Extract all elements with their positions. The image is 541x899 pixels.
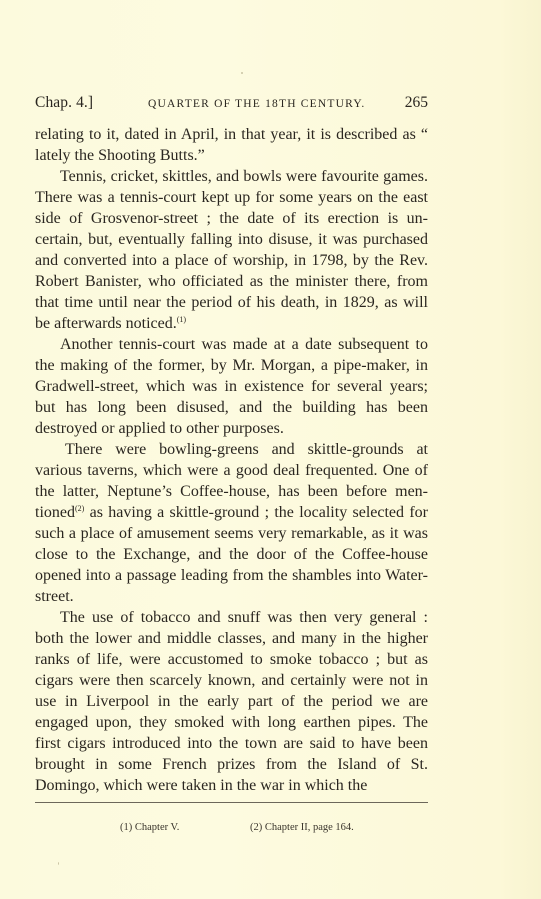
footnote-reference[interactable]: (1) xyxy=(177,315,186,324)
paragraph: The use of tobacco and snuff was then ve… xyxy=(35,607,428,796)
paragraph-text: The use of tobacco and snuff was then ve… xyxy=(35,609,428,794)
paragraph: relating to it, dated in April, in that … xyxy=(35,124,428,166)
footnote-reference[interactable]: (2) xyxy=(75,504,84,513)
paper-speck xyxy=(58,862,59,865)
footnote-2: (2) Chapter II, page 164. xyxy=(250,820,354,836)
running-title: Quarter of the 18th Century. xyxy=(148,93,365,115)
paragraph: There were bowling-greens and skittle-gr… xyxy=(35,439,428,607)
footnote-divider xyxy=(35,802,428,803)
paragraph: Tennis, cricket, skittles, and bowls wer… xyxy=(35,166,428,334)
book-page: Chap. 4.] Quarter of the 18th Century. 2… xyxy=(0,0,541,899)
paragraph-text: relating to it, dated in April, in that … xyxy=(35,126,428,164)
chapter-label: Chap. 4.] xyxy=(35,92,93,114)
running-header: Chap. 4.] Quarter of the 18th Century. 2… xyxy=(35,92,428,114)
body-text: relating to it, dated in April, in that … xyxy=(35,124,428,796)
footnote-1: (1) Chapter V. xyxy=(120,820,179,836)
paragraph-text: Tennis, cricket, skittles, and bowls wer… xyxy=(35,168,428,332)
paragraph-text: Another tennis-court was made at a date … xyxy=(35,336,428,437)
paragraph: Another tennis-court was made at a date … xyxy=(35,334,428,439)
page-number: 265 xyxy=(405,92,428,114)
paper-speck xyxy=(241,72,243,74)
paragraph-text: as having a skittle-ground ; the localit… xyxy=(35,504,428,605)
